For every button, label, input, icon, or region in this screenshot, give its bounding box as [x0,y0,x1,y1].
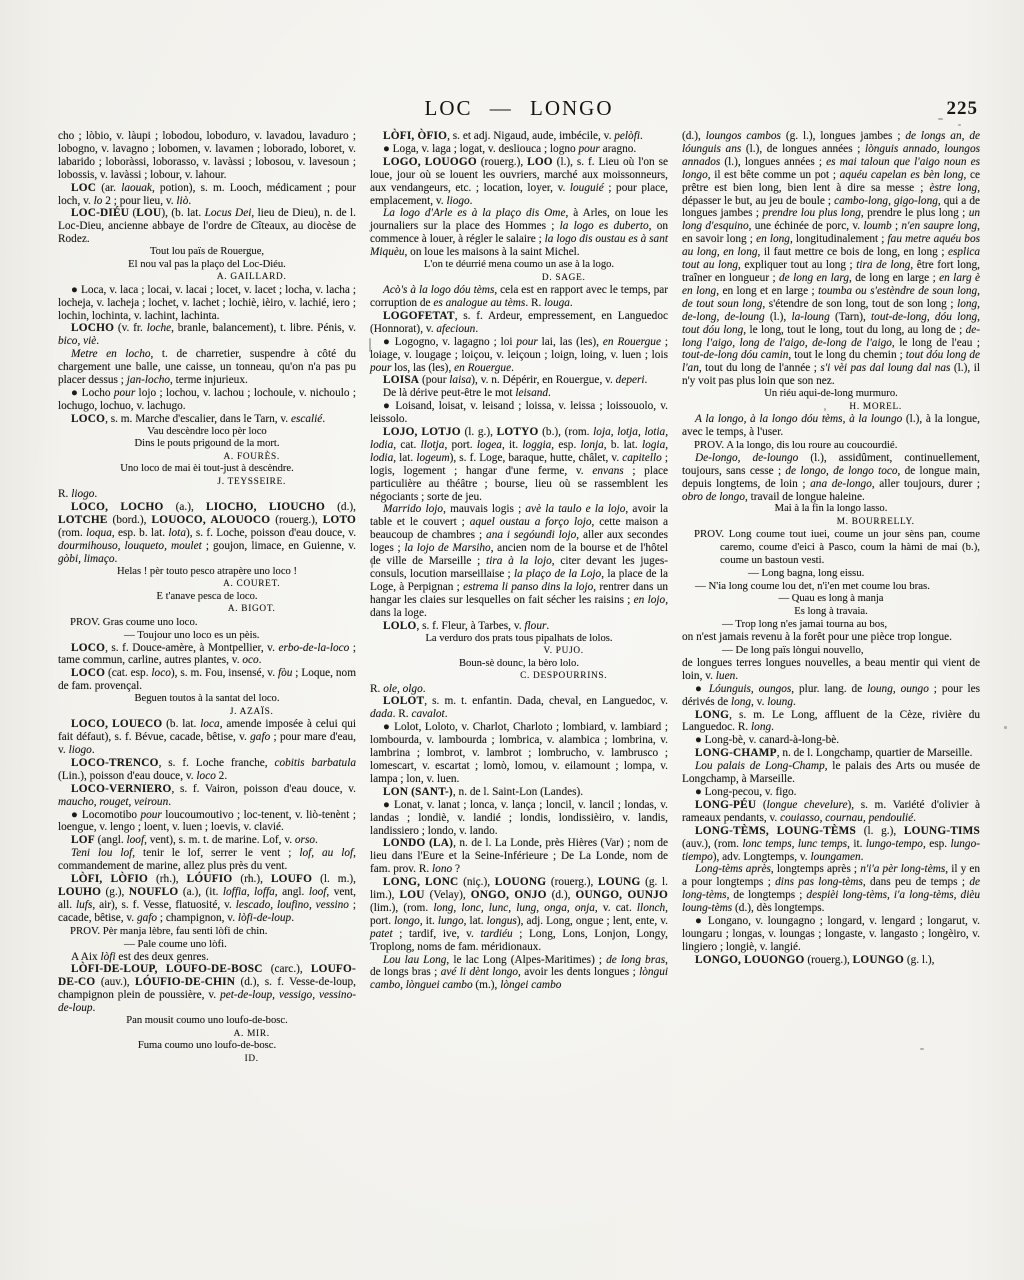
dictionary-paragraph: ● Logogno, v. lagagno ; loi pour lai, la… [370,336,668,375]
scan-speck [938,118,943,120]
dictionary-paragraph: LOCO, LOUECO (b. lat. loca, amende impos… [58,718,356,757]
attribution: A. MIR. [58,1028,356,1040]
dictionary-paragraph: (d.), loungos cambos (g. l.), longues ja… [682,130,980,388]
dictionary-paragraph: LOISA (pour laisa), v. n. Dépérir, en Ro… [370,374,668,387]
dictionary-paragraph: LONGO, LOUONGO (rouerg.), LOUNGO (g. l.)… [682,954,980,967]
attribution: D. SAGE. [370,272,668,284]
scan-speck [371,558,373,568]
attribution: A. COURET. [58,578,356,590]
attribution: J. TEYSSEIRE. [58,476,356,488]
proverb: PROV. A la longo, dis lou roure au couco… [682,439,980,452]
verse: Beguen toutos à la santat del loco. [58,693,356,706]
dictionary-paragraph: LOCO, LOCHO (a.), LIOCHO, LIOUCHO (d.), … [58,501,356,566]
dictionary-paragraph: — Pale coume uno lòfi. [58,938,356,951]
dictionary-paragraph: LÒFI-DE-LOUP, LOUFO-DE-BOSC (carc.), LOU… [58,963,356,1015]
dictionary-paragraph: R. ole, olgo. [370,683,668,696]
dictionary-paragraph: on n'est jamais revenu à la forêt pour u… [682,631,980,644]
verse: Vau descèndre loco pèr locoDins le pouts… [58,426,356,451]
attribution: ID. [58,1053,356,1065]
dictionary-paragraph: ● Lolot, Loloto, v. Charlot, Charloto ; … [370,721,668,786]
dictionary-paragraph: Acò's à la logo dóu tèms, cela est en ra… [370,284,668,310]
dictionary-paragraph: LOCHO (v. fr. loche, branle, balancement… [58,322,356,348]
dictionary-paragraph: Lou lau Long, le lac Long (Alpes-Maritim… [370,954,668,993]
verse: L'on te déurrié mena coumo un ase à la l… [370,259,668,272]
dictionary-paragraph: LONG-CHAMP, n. de l. Longchamp, quartier… [682,747,980,760]
verse: Uno loco de mai èi tout-just à descèndre… [58,463,356,476]
verse: Boun-sè dounc, la bèro lolo. [370,658,668,671]
dictionary-paragraph: Long-tèms après, longtemps après ; n'i'a… [682,863,980,915]
text-block: LOC — LONGO 225 cho ; lòbio, v. làupi ; … [58,96,980,1065]
dictionary-paragraph: LOGO, LOUOGO (rouerg.), LOO (l.), s. f. … [370,156,668,208]
dictionary-paragraph: LOCO, s. m. Marche d'escalier, dans le T… [58,413,356,426]
dictionary-paragraph: LOGOFETAT, s. f. Ardeur, empressement, e… [370,310,668,336]
dictionary-paragraph: LONG, LONC (niç.), LOUONG (rouerg.), LOU… [370,876,668,953]
dictionary-paragraph: A la longo, à la longo dóu tèms, à la lo… [682,413,980,439]
dictionary-paragraph: LONG-PÉU (longue chevelure), s. m. Varié… [682,799,980,825]
text-column: (d.), loungos cambos (g. l.), longues ja… [682,130,980,967]
dictionary-paragraph: cho ; lòbio, v. làupi ; lobodou, lobodur… [58,130,356,182]
verse: La verduro dos prats tous pipalhats de l… [370,633,668,646]
attribution: H. MOREL. [682,401,980,413]
proverb: PROV. Pèr manja lèbre, fau senti lòfi de… [58,925,356,938]
dictionary-paragraph: ● Longano, v. loungagno ; longard, v. le… [682,915,980,954]
attribution: V. PUJO. [370,645,668,657]
dictionary-paragraph: LÒFI, ÒFIO, s. et adj. Nigaud, aude, imb… [370,130,668,143]
dictionary-paragraph: LOJO, LOTJO (l. g.), LOTYO (b.), (rom. l… [370,426,668,503]
dictionary-paragraph: LOCO-VERNIERO, s. f. Vairon, poisson d'e… [58,783,356,809]
running-head: LOC — LONGO 225 [58,96,980,130]
dictionary-paragraph: ● Locomotibo pour loucoumoutivo ; loc-te… [58,809,356,835]
dictionary-page: LOC — LONGO 225 cho ; lòbio, v. làupi ; … [0,0,1024,1280]
verse: Un riéu aqui-de-long murmuro. [682,388,980,401]
verse: Mai à la fin la longo lasso. [682,503,980,516]
dictionary-paragraph: ● Lonat, v. lanat ; lonca, v. lança ; lo… [370,799,668,838]
dictionary-paragraph: De-longo, de-loungo (l.), assidûment, co… [682,452,980,504]
dictionary-paragraph: ● Loisand, loisat, v. leisand ; loissa, … [370,400,668,426]
verse: Pan mousit coumo uno loufo-de-bosc. [58,1015,356,1028]
dictionary-paragraph: La logo d'Arle es à la plaço dis Ome, à … [370,207,668,259]
scan-speck [920,1048,924,1050]
dictionary-paragraph: LÒFI, LÒFIO (rh.), LÓUFIO (rh.), LOUFO (… [58,873,356,925]
proverb: PROV. Long coume tout iuei, coume un jou… [682,528,980,567]
attribution: J. AZAÏS. [58,706,356,718]
verse: Tout lou païs de Rouergue,El nou val pas… [58,246,356,271]
dictionary-paragraph: Lou palais de Long-Champ, le palais des … [682,760,980,786]
dictionary-paragraph: LONG, s. m. Le Long, affluent de la Cèze… [682,709,980,735]
dictionary-paragraph: ● Locho pour lojo ; lochou, v. lachou ; … [58,387,356,413]
verse: E t'anave pesca de loco. [58,591,356,604]
dictionary-paragraph: ● Long-pecou, v. figo. [682,786,980,799]
dictionary-paragraph: LONG-TÈMS, LOUNG-TÈMS (l. g.), LOUNG-TIM… [682,825,980,864]
scan-speck [824,408,826,411]
scan-speck [369,338,371,352]
verse: Helas ! pèr touto pesco atrapère uno loc… [58,566,356,579]
dictionary-paragraph: LON (SANT-), n. de l. Saint-Lon (Landes)… [370,786,668,799]
attribution: M. BOURRELLY. [682,516,980,528]
dictionary-paragraph: LOCO-TRENCO, s. f. Loche franche, cobiti… [58,757,356,783]
page-number: 225 [947,98,979,120]
verse: Fuma coumo uno loufo-de-bosc. [58,1040,356,1053]
dictionary-paragraph: ● Loca, v. laca ; locai, v. lacai ; loce… [58,284,356,323]
dictionary-paragraph: LOLOT, s. m. t. enfantin. Dada, cheval, … [370,695,668,721]
dictionary-paragraph: — N'ia long coume lou det, n'i'en met co… [682,580,980,593]
dictionary-paragraph: LOCO, s. f. Douce-amère, à Montpellier, … [58,642,356,668]
verse: — Quau es long à manjaEs long à travaia. [682,593,980,618]
dictionary-paragraph: LOCO (cat. esp. loco), s. m. Fou, insens… [58,667,356,693]
dictionary-paragraph: ● Loga, v. laga ; logat, v. desliouca ; … [370,143,668,156]
dictionary-paragraph: — De long païs lòngui nouvello, [682,644,980,657]
dictionary-paragraph: R. liogo. [58,488,356,501]
dictionary-paragraph: LOF (angl. loof, vent), s. m. t. de mari… [58,834,356,847]
columns-container: cho ; lòbio, v. làupi ; lobodou, lobodur… [58,130,980,1065]
dictionary-paragraph: LOC-DIÉU (LOU), (b. lat. Locus Dei, lieu… [58,207,356,246]
running-title: LOC — LONGO [58,96,980,121]
attribution: A. GAILLARD. [58,271,356,283]
text-column: LÒFI, ÒFIO, s. et adj. Nigaud, aude, imb… [370,130,668,992]
attribution: A. FOURÈS. [58,451,356,463]
dictionary-paragraph: LOC (ar. laouak, potion), s. m. Looch, m… [58,182,356,208]
dictionary-paragraph: Metre en locho, t. de charretier, suspen… [58,348,356,387]
dictionary-paragraph: LOLO, s. f. Fleur, à Tarbes, v. flour. [370,620,668,633]
dictionary-paragraph: — Trop long n'es jamai tourna au bos, [682,618,980,631]
dictionary-paragraph: LONDO (LA), n. de l. La Londe, près Hièr… [370,837,668,876]
dictionary-paragraph: — Long bagna, long eissu. [682,567,980,580]
dictionary-paragraph: A Aix lòfi est des deux genres. [58,951,356,964]
scan-speck [1004,726,1007,729]
scan-speck [824,416,826,419]
scan-speck [905,806,911,808]
scan-speck [958,124,961,126]
proverb: PROV. Gras coume uno loco. [58,616,356,629]
dictionary-paragraph: De là dérive peut-être le mot leisand. [370,387,668,400]
attribution: A. BIGOT. [58,603,356,615]
dictionary-paragraph: ● Lóunguis, oungos, plur. lang. de loung… [682,683,980,709]
dictionary-paragraph: ● Long-bè, v. canard-à-long-bè. [682,734,980,747]
attribution: C. DESPOURRINS. [370,670,668,682]
dictionary-paragraph: de longues terres longues nouvelles, a b… [682,657,980,683]
dictionary-paragraph: Marrido lojo, mauvais logis ; avè la tau… [370,503,668,619]
dictionary-paragraph: — Toujour uno loco es un pèis. [58,629,356,642]
text-column: cho ; lòbio, v. làupi ; lobodou, lobodur… [58,130,356,1065]
dictionary-paragraph: Teni lou lof, tenir le lof, serrer le ve… [58,847,356,873]
